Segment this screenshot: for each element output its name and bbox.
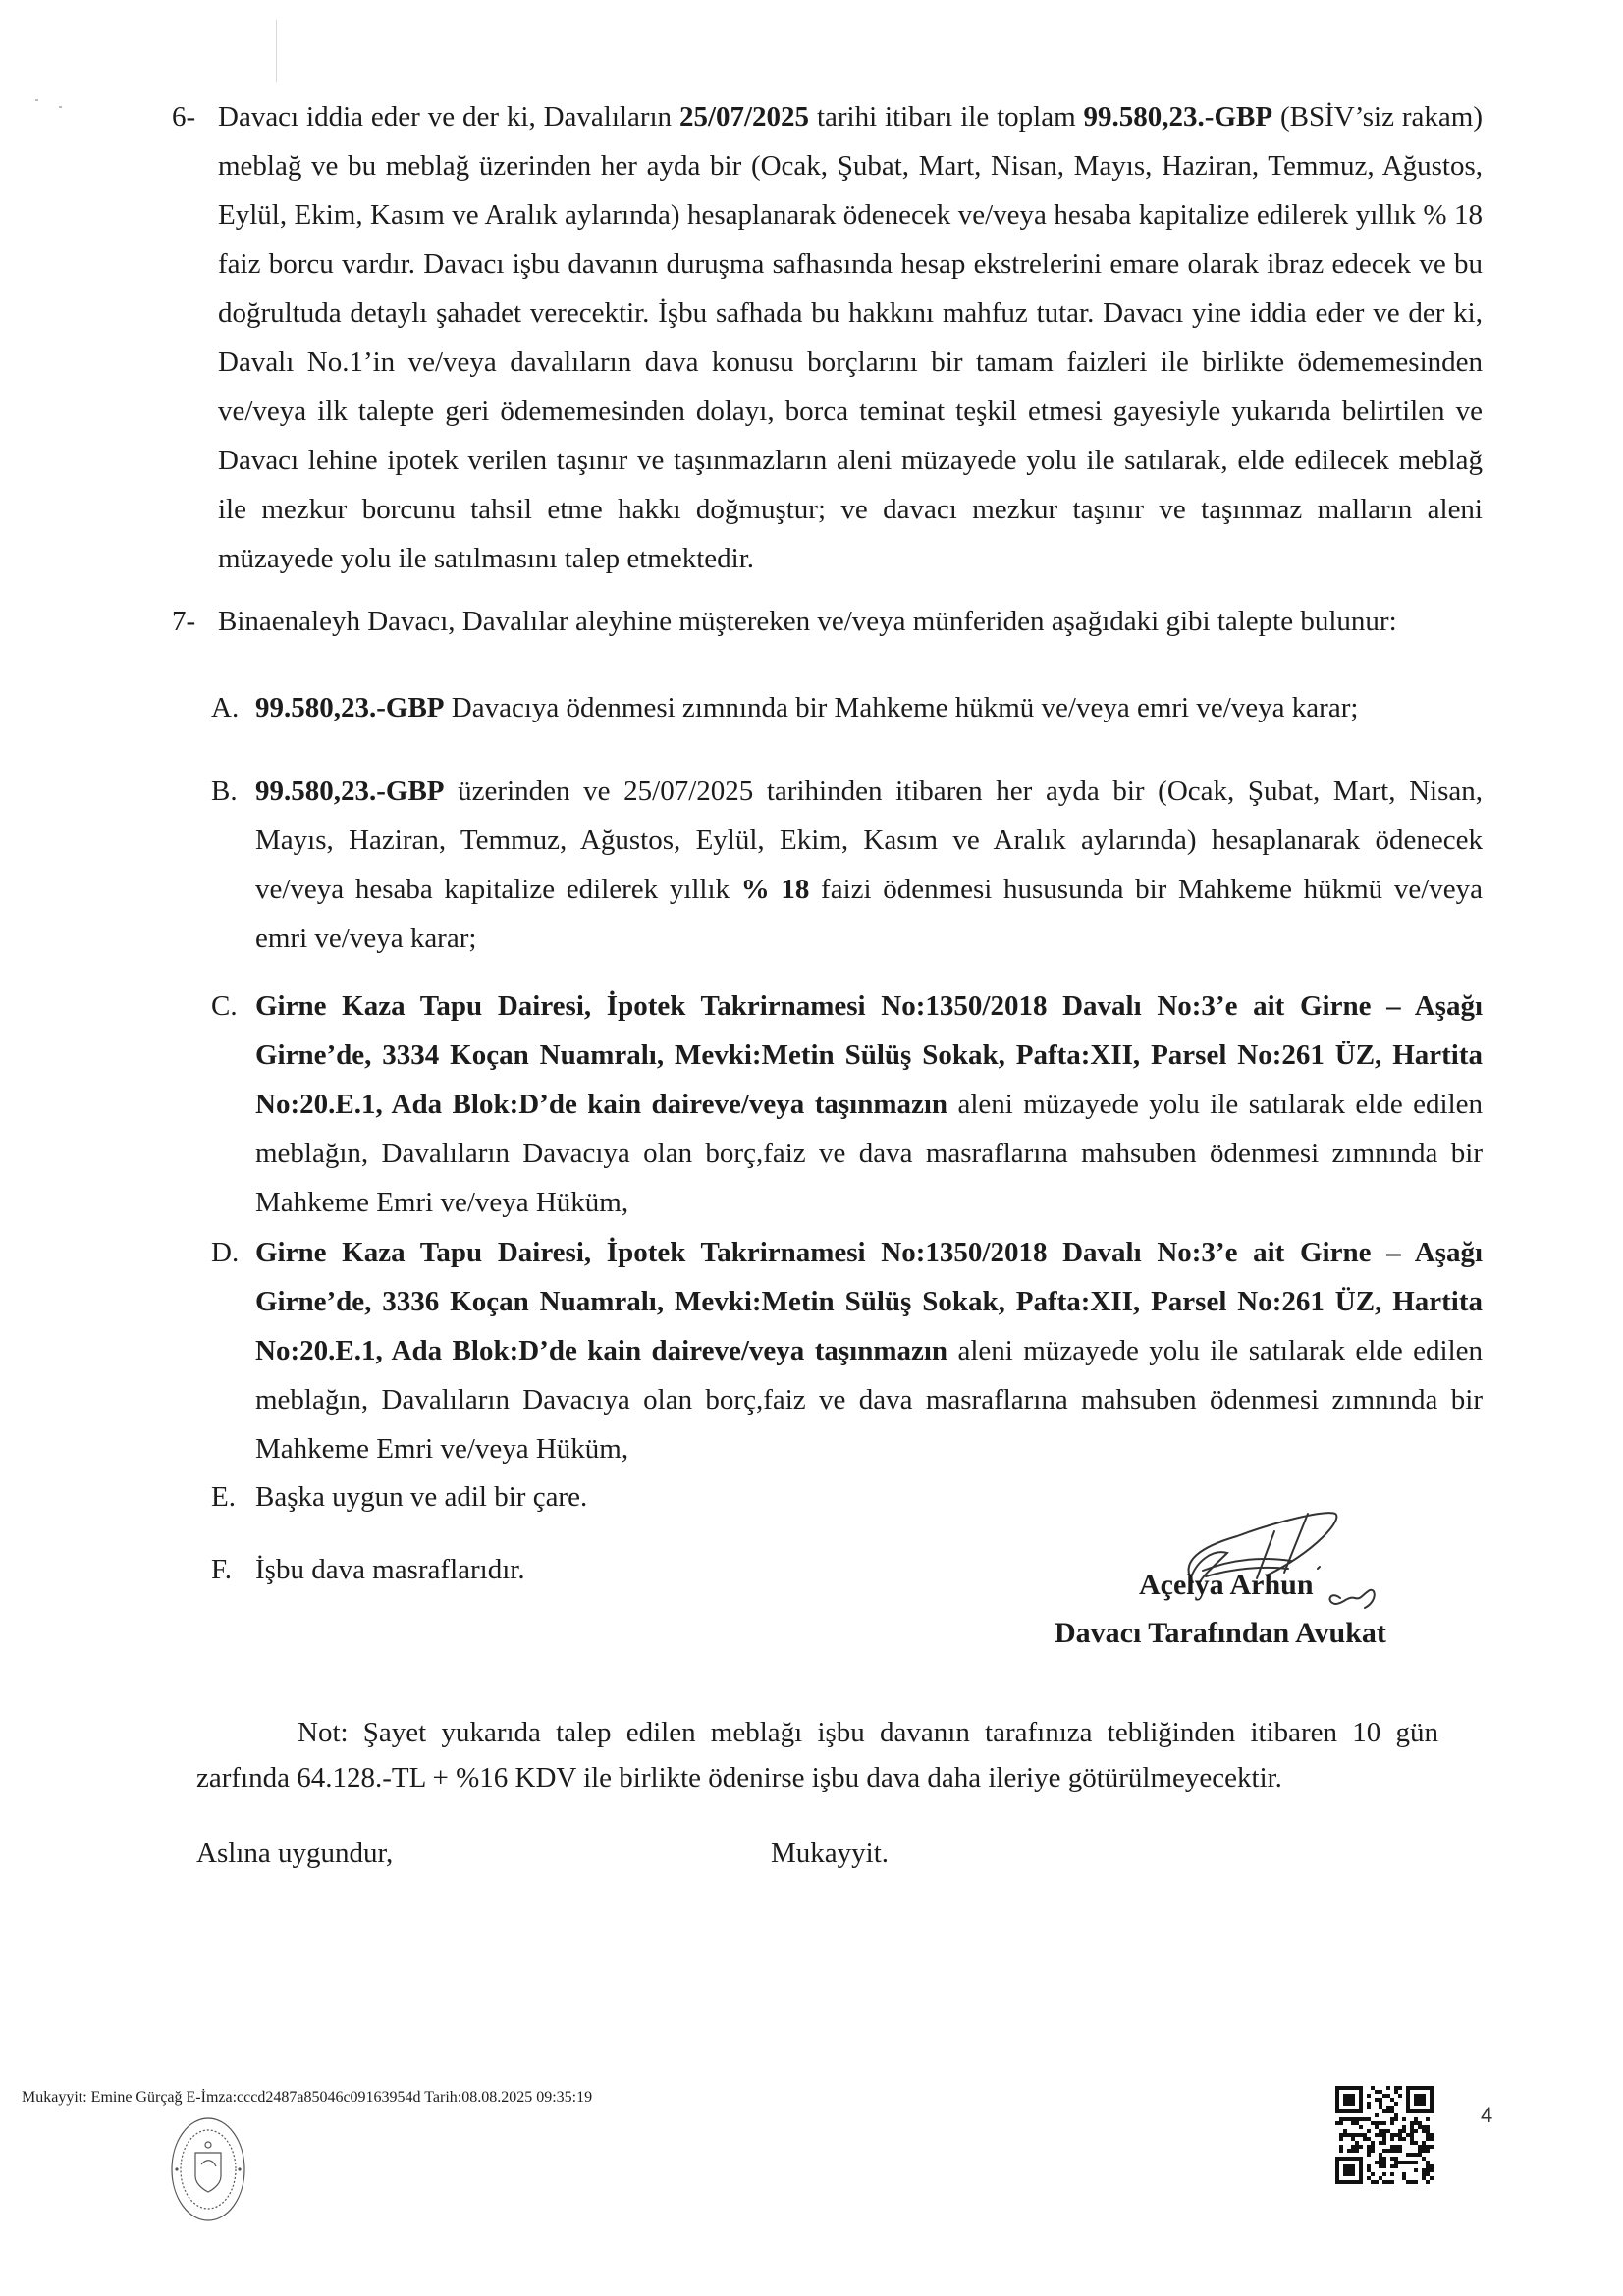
lawyer-signature-block: Açelya Arhun Davacı Tarafından Avukat	[1031, 1492, 1473, 1688]
section-number: 6-	[172, 92, 195, 141]
lawyer-title: Davacı Tarafından Avukat	[1055, 1617, 1386, 1650]
page-number: 4	[1481, 2103, 1492, 2128]
note-text: Not: Şayet yukarıda talep edilen meblağı…	[196, 1717, 1438, 1793]
court-seal-icon	[169, 2115, 247, 2228]
claim-b: B. 99.580,23.-GBP üzerinden ve 25/07/202…	[211, 767, 1483, 963]
certified-copy-label: Aslına uygundur,	[196, 1838, 393, 1870]
document-page: 6- Davacı iddia eder ve der ki, Davalıla…	[0, 0, 1623, 2296]
claim-letter: C.	[211, 982, 238, 1031]
claim-letter: E.	[211, 1472, 236, 1522]
claim-c: C. Girne Kaza Tapu Dairesi, İpotek Takri…	[211, 982, 1483, 1227]
section-6-text: Davacı iddia eder ve der ki, Davalıların…	[218, 92, 1483, 583]
payment-note: Not: Şayet yukarıda talep edilen meblağı…	[196, 1710, 1438, 1800]
claim-text: Girne Kaza Tapu Dairesi, İpotek Takrirna…	[255, 982, 1483, 1227]
lawyer-name: Açelya Arhun	[1139, 1569, 1314, 1602]
claim-letter: B.	[211, 767, 238, 816]
claim-text: 99.580,23.-GBP Davacıya ödenmesi zımnınd…	[255, 683, 1483, 732]
claim-d: D. Girne Kaza Tapu Dairesi, İpotek Takri…	[211, 1228, 1483, 1473]
section-7-intro: Binaenaleyh Davacı, Davalılar aleyhine m…	[218, 597, 1483, 646]
claim-letter: D.	[211, 1228, 239, 1277]
qr-code-icon	[1335, 2086, 1434, 2189]
section-6: 6- Davacı iddia eder ve der ki, Davalıla…	[172, 92, 1483, 583]
claim-a: A. 99.580,23.-GBP Davacıya ödenmesi zımn…	[211, 683, 1483, 732]
scan-speck	[59, 106, 62, 108]
section-number: 7-	[172, 597, 195, 646]
section-7: 7- Binaenaleyh Davacı, Davalılar aleyhin…	[172, 597, 1483, 646]
scan-artifact-line	[276, 20, 277, 82]
claim-letter: F.	[211, 1545, 232, 1594]
claim-text: Girne Kaza Tapu Dairesi, İpotek Takrirna…	[255, 1228, 1483, 1473]
registrar-label: Mukayyit.	[771, 1838, 889, 1870]
claim-text: 99.580,23.-GBP üzerinden ve 25/07/2025 t…	[255, 767, 1483, 963]
scan-speck	[35, 99, 38, 101]
e-signature-line: Mukayyit: Emine Gürçağ E-İmza:cccd2487a8…	[22, 2089, 592, 2107]
claim-letter: A.	[211, 683, 239, 732]
